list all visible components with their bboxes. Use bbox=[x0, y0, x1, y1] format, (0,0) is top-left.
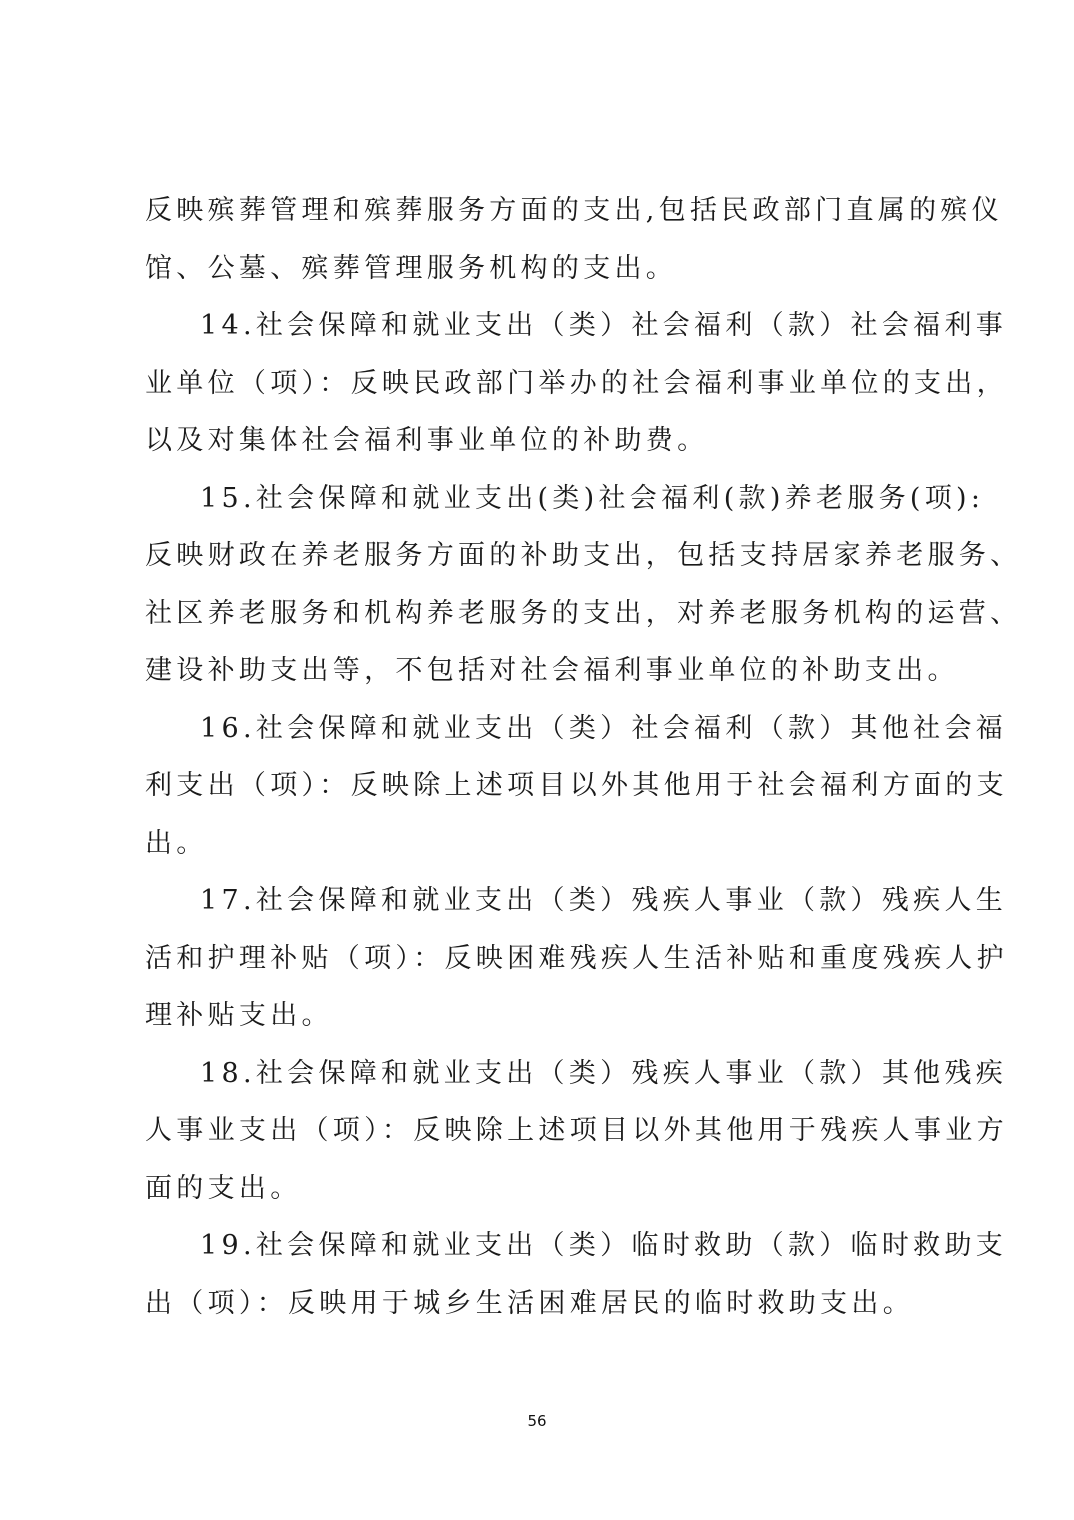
paragraph-item-19: 19.社会保障和就业支出（类）临时救助（款）临时救助支 出（项）：反映用于城乡生… bbox=[145, 1217, 940, 1332]
text-line: 面的支出。 bbox=[145, 1160, 940, 1218]
text-line: 18.社会保障和就业支出（类）残疾人事业（款）其他残疾 bbox=[145, 1045, 940, 1103]
text-line: 社区养老服务和机构养老服务的支出，对养老服务机构的运营、 bbox=[145, 585, 940, 643]
paragraph-item-16: 16.社会保障和就业支出（类）社会福利（款）其他社会福 利支出（项）：反映除上述… bbox=[145, 700, 940, 873]
text-line: 出。 bbox=[145, 815, 940, 873]
text-line: 建设补助支出等，不包括对社会福利事业单位的补助支出。 bbox=[145, 642, 940, 700]
text-line: 19.社会保障和就业支出（类）临时救助（款）临时救助支 bbox=[145, 1217, 940, 1275]
text-line: 利支出（项）：反映除上述项目以外其他用于社会福利方面的支 bbox=[145, 757, 940, 815]
paragraph-item-18: 18.社会保障和就业支出（类）残疾人事业（款）其他残疾 人事业支出（项）：反映除… bbox=[145, 1045, 940, 1218]
text-line: 出（项）：反映用于城乡生活困难居民的临时救助支出。 bbox=[145, 1275, 940, 1333]
document-body: 反映殡葬管理和殡葬服务方面的支出,包括民政部门直属的殡仪 馆、公墓、殡葬管理服务… bbox=[145, 182, 940, 1332]
document-page: 反映殡葬管理和殡葬服务方面的支出,包括民政部门直属的殡仪 馆、公墓、殡葬管理服务… bbox=[0, 0, 1074, 1520]
text-line: 反映殡葬管理和殡葬服务方面的支出,包括民政部门直属的殡仪 bbox=[145, 182, 940, 240]
text-line: 17.社会保障和就业支出（类）残疾人事业（款）残疾人生 bbox=[145, 872, 940, 930]
text-line: 馆、公墓、殡葬管理服务机构的支出。 bbox=[145, 240, 940, 298]
text-line: 16.社会保障和就业支出（类）社会福利（款）其他社会福 bbox=[145, 700, 940, 758]
text-line: 14.社会保障和就业支出（类）社会福利（款）社会福利事 bbox=[145, 297, 940, 355]
text-line: 活和护理补贴（项）：反映困难残疾人生活补贴和重度残疾人护 bbox=[145, 930, 940, 988]
text-line: 业单位（项）：反映民政部门举办的社会福利事业单位的支出， bbox=[145, 355, 940, 413]
text-line: 人事业支出（项）：反映除上述项目以外其他用于残疾人事业方 bbox=[145, 1102, 940, 1160]
text-line: 15.社会保障和就业支出(类)社会福利(款)养老服务(项): bbox=[145, 470, 940, 528]
paragraph-item-17: 17.社会保障和就业支出（类）残疾人事业（款）残疾人生 活和护理补贴（项）：反映… bbox=[145, 872, 940, 1045]
paragraph-item-14: 14.社会保障和就业支出（类）社会福利（款）社会福利事 业单位（项）：反映民政部… bbox=[145, 297, 940, 470]
text-line: 反映财政在养老服务方面的补助支出，包括支持居家养老服务、 bbox=[145, 527, 940, 585]
paragraph-funeral-continuation: 反映殡葬管理和殡葬服务方面的支出,包括民政部门直属的殡仪 馆、公墓、殡葬管理服务… bbox=[145, 182, 940, 297]
paragraph-item-15: 15.社会保障和就业支出(类)社会福利(款)养老服务(项): 反映财政在养老服务… bbox=[145, 470, 940, 700]
text-line: 理补贴支出。 bbox=[145, 987, 940, 1045]
page-number: 56 bbox=[0, 1412, 1074, 1430]
text-line: 以及对集体社会福利事业单位的补助费。 bbox=[145, 412, 940, 470]
